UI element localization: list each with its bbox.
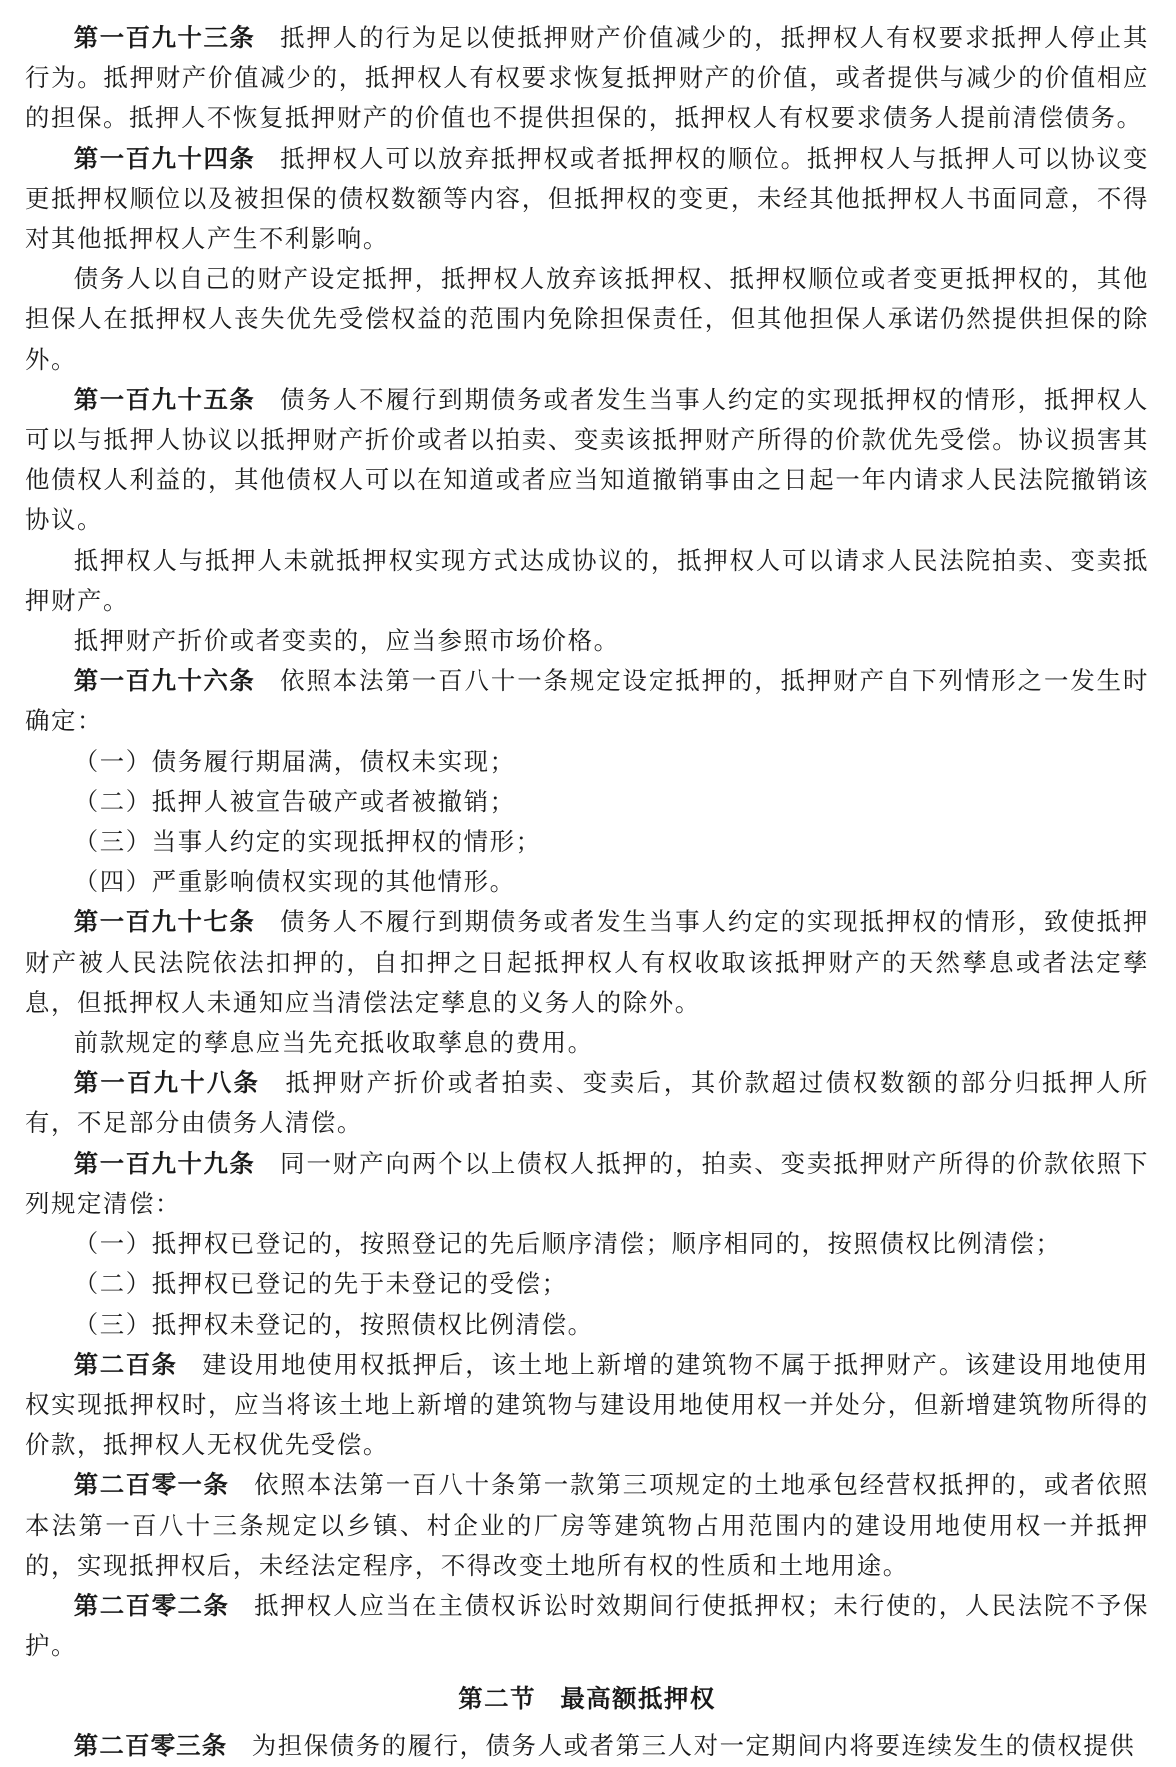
article-194: 第一百九十四条抵押权人可以放弃抵押权或者抵押权的顺位。抵押权人与抵押人可以协议变… <box>25 139 1149 260</box>
article-195: 第一百九十五条债务人不履行到期债务或者发生当事人约定的实现抵押权的情形，抵押权人… <box>25 380 1149 541</box>
section-number: 第二节 <box>458 1684 536 1713</box>
list-item: （一）抵押权已登记的，按照登记的先后顺序清偿；顺序相同的，按照债权比例清偿； <box>25 1224 1149 1264</box>
article-200: 第二百条建设用地使用权抵押后，该土地上新增的建筑物不属于抵押财产。该建设用地使用… <box>25 1345 1149 1466</box>
article-number: 第一百九十八条 <box>74 1068 260 1097</box>
list-item: （二）抵押人被宣告破产或者被撤销； <box>25 782 1149 822</box>
article-number: 第二百零三条 <box>74 1731 228 1760</box>
article-number: 第一百九十六条 <box>74 666 256 695</box>
article-198: 第一百九十八条抵押财产折价或者拍卖、变卖后，其价款超过债权数额的部分归抵押人所有… <box>25 1063 1149 1143</box>
article-199: 第一百九十九条同一财产向两个以上债权人抵押的，拍卖、变卖抵押财产所得的价款依照下… <box>25 1144 1149 1224</box>
article-196: 第一百九十六条依照本法第一百八十一条规定设定抵押的，抵押财产自下列情形之一发生时… <box>25 661 1149 741</box>
article-text: 建设用地使用权抵押后，该土地上新增的建筑物不属于抵押财产。该建设用地使用权实现抵… <box>25 1350 1149 1459</box>
document-page: 第一百九十三条抵押人的行为足以使抵押财产价值减少的，抵押权人有权要求抵押人停止其… <box>25 18 1149 1767</box>
list-item: （三）抵押权未登记的，按照债权比例清偿。 <box>25 1305 1149 1345</box>
article-203: 第二百零三条为担保债务的履行，债务人或者第三人对一定期间内将要连续发生的债权提供 <box>25 1726 1149 1766</box>
article-number: 第一百九十七条 <box>74 907 256 936</box>
list-item: （三）当事人约定的实现抵押权的情形； <box>25 822 1149 862</box>
list-item: （一）债务履行期届满，债权未实现； <box>25 742 1149 782</box>
paragraph: 债务人以自己的财产设定抵押，抵押权人放弃该抵押权、抵押权顺位或者变更抵押权的，其… <box>25 259 1149 380</box>
article-number: 第二百条 <box>74 1350 178 1379</box>
paragraph: 抵押财产折价或者变卖的，应当参照市场价格。 <box>25 621 1149 661</box>
article-number: 第一百九十九条 <box>74 1149 256 1178</box>
article-197: 第一百九十七条债务人不履行到期债务或者发生当事人约定的实现抵押权的情形，致使抵押… <box>25 902 1149 1023</box>
list-item: （二）抵押权已登记的先于未登记的受偿； <box>25 1264 1149 1304</box>
article-number: 第一百九十四条 <box>74 144 256 173</box>
article-number: 第一百九十五条 <box>74 385 256 414</box>
article-number: 第一百九十三条 <box>74 23 256 52</box>
article-number: 第二百零一条 <box>74 1470 230 1499</box>
paragraph: 抵押权人与抵押人未就抵押权实现方式达成协议的，抵押权人可以请求人民法院拍卖、变卖… <box>25 541 1149 621</box>
article-193: 第一百九十三条抵押人的行为足以使抵押财产价值减少的，抵押权人有权要求抵押人停止其… <box>25 18 1149 139</box>
list-item: （四）严重影响债权实现的其他情形。 <box>25 862 1149 902</box>
article-201: 第二百零一条依照本法第一百八十条第一款第三项规定的土地承包经营权抵押的，或者依照… <box>25 1465 1149 1586</box>
article-number: 第二百零二条 <box>74 1591 230 1620</box>
paragraph: 前款规定的孳息应当先充抵收取孳息的费用。 <box>25 1023 1149 1063</box>
article-text: 为担保债务的履行，债务人或者第三人对一定期间内将要连续发生的债权提供 <box>252 1731 1136 1760</box>
section-heading: 第二节最高额抵押权 <box>25 1666 1149 1726</box>
article-202: 第二百零二条抵押权人应当在主债权诉讼时效期间行使抵押权；未行使的，人民法院不予保… <box>25 1586 1149 1666</box>
section-title-text: 最高额抵押权 <box>560 1684 715 1713</box>
